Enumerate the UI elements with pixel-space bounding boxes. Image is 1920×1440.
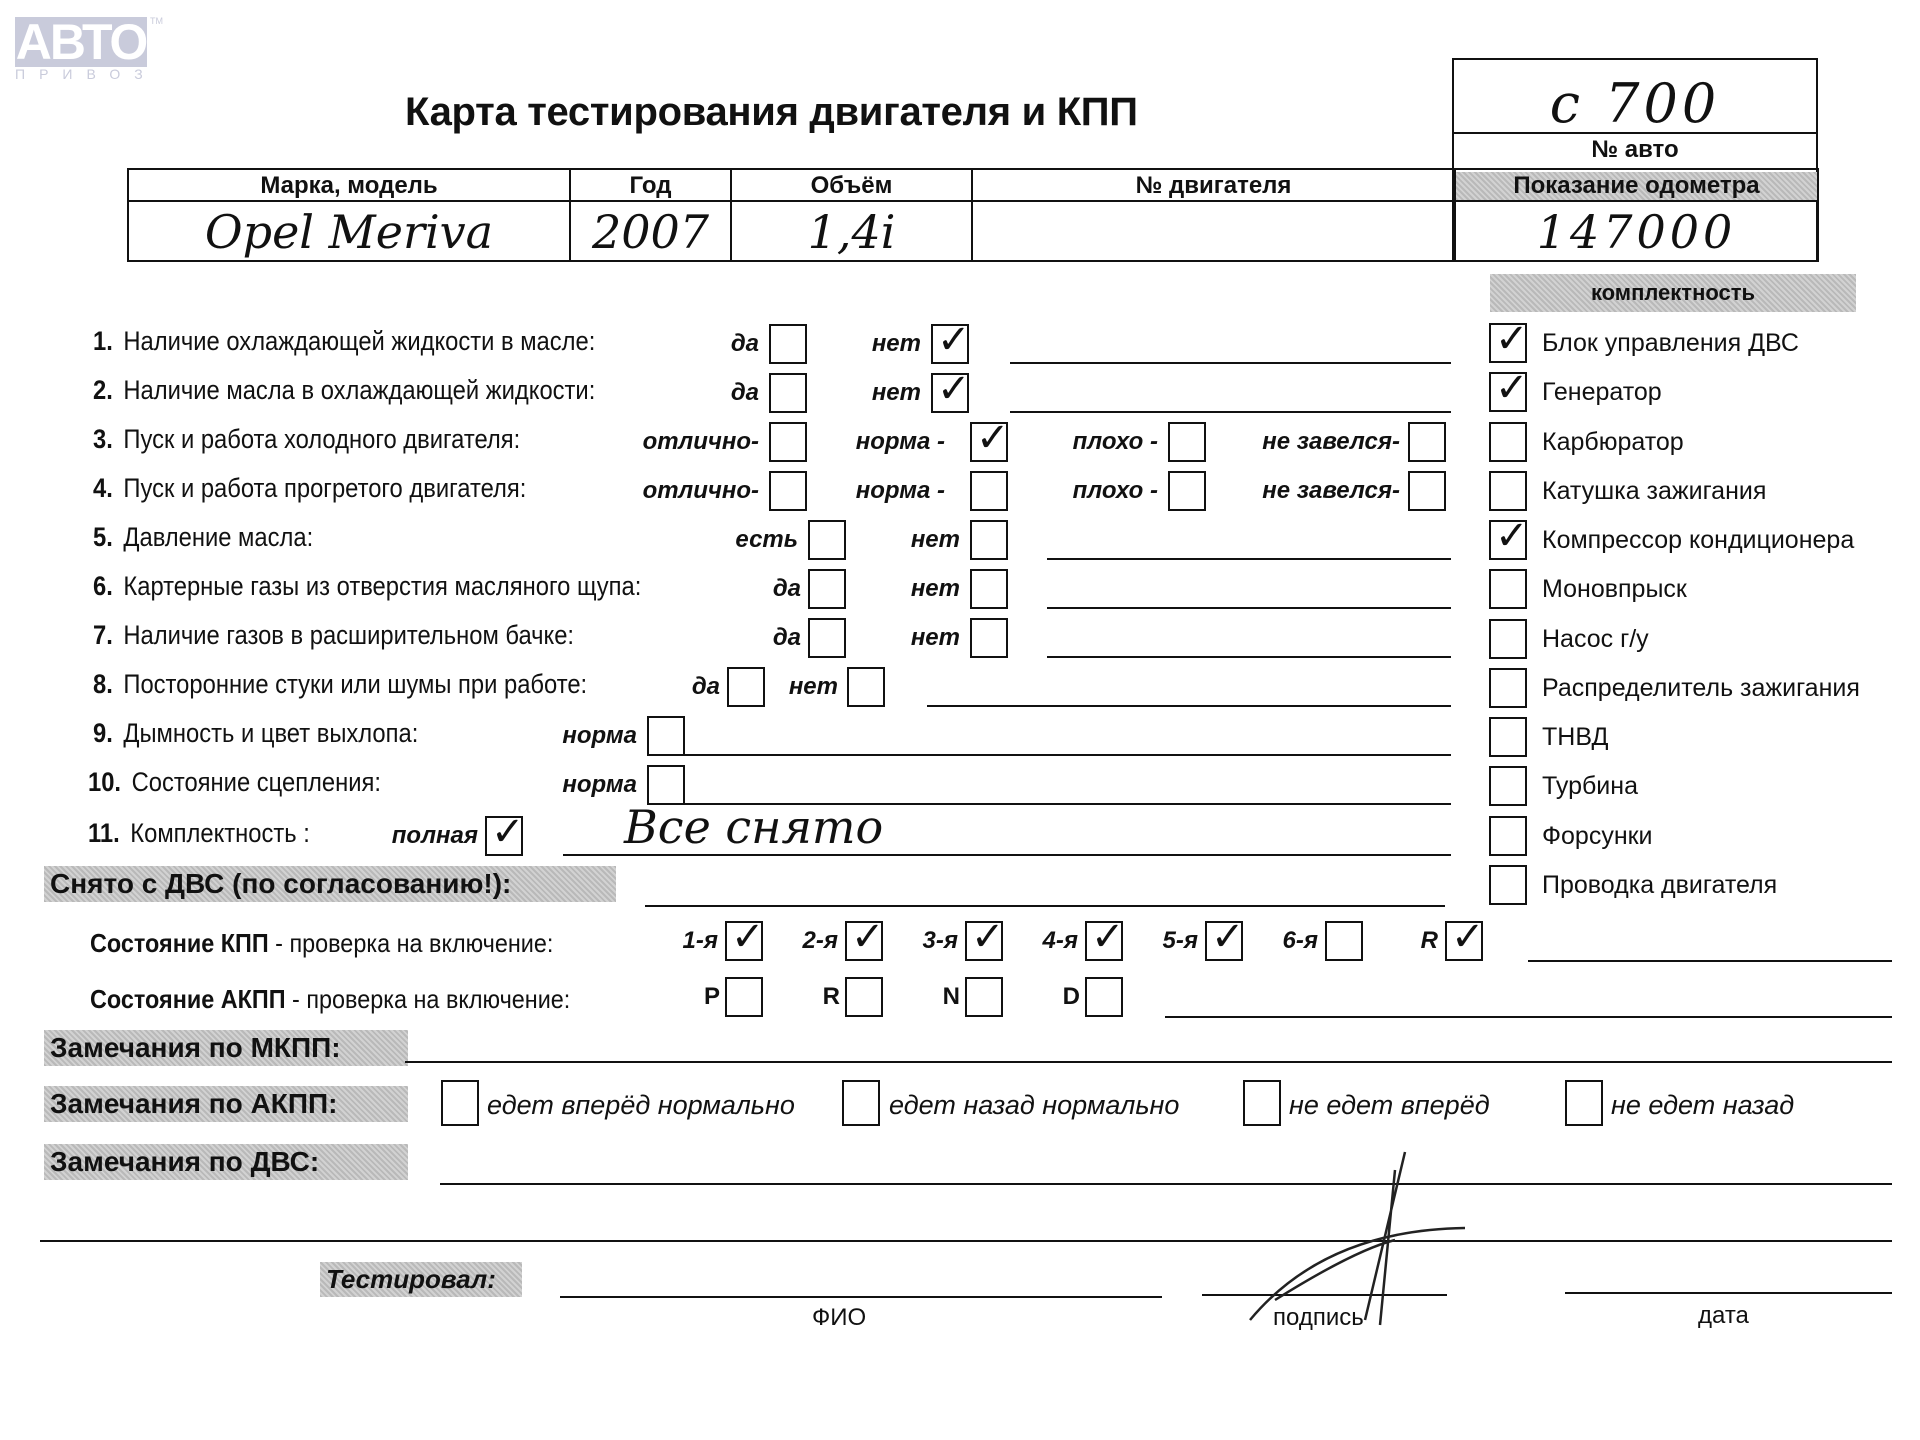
option-label: норма — [562, 771, 637, 799]
auto-position-checkbox[interactable] — [1085, 977, 1123, 1017]
option-checkbox[interactable] — [970, 520, 1008, 560]
kit-checkbox[interactable] — [1489, 865, 1527, 905]
question-text: 5.Давление масла: — [93, 522, 313, 553]
date-line[interactable] — [1565, 1292, 1892, 1294]
kit-checkbox[interactable] — [1489, 323, 1527, 363]
gear-label: 2-я — [803, 927, 838, 955]
question-text: 8.Посторонние стуки или шумы при работе: — [93, 669, 587, 700]
auto-position-label: N — [943, 983, 960, 1011]
col-odometer: Показание одометра — [1456, 172, 1817, 200]
question-notes-line[interactable] — [1010, 362, 1451, 364]
car-number-label: № авто — [1454, 136, 1816, 164]
option-checkbox[interactable] — [1408, 422, 1446, 462]
option-label: да — [692, 673, 720, 701]
col-volume: Объём — [732, 172, 971, 200]
option-checkbox[interactable] — [1408, 471, 1446, 511]
auto-remark-checkbox[interactable] — [1243, 1080, 1281, 1126]
option-checkbox[interactable] — [647, 716, 685, 756]
question-notes-line[interactable] — [1047, 558, 1451, 560]
option-label: нет — [911, 526, 960, 554]
question-notes-line[interactable] — [563, 854, 1451, 856]
make-model-value[interactable]: Opel Meriva — [129, 204, 569, 260]
option-checkbox[interactable] — [970, 471, 1008, 511]
kit-note-handwritten[interactable]: Все снято — [624, 800, 883, 854]
option-label: нет — [911, 575, 960, 603]
option-label: норма - — [856, 428, 945, 456]
option-label: плохо - — [1073, 477, 1158, 505]
option-checkbox[interactable] — [769, 373, 807, 413]
car-number-value[interactable]: с 700 — [1454, 72, 1816, 135]
question-notes-line[interactable] — [1010, 411, 1451, 413]
option-label: нет — [872, 379, 921, 407]
option-label: норма - — [856, 477, 945, 505]
kit-checkbox[interactable] — [1489, 619, 1527, 659]
kit-checkbox[interactable] — [1489, 717, 1527, 757]
removed-label: Снято с ДВС (по согласованию!): — [44, 866, 616, 902]
question-text: 4.Пуск и работа прогретого двигателя: — [93, 473, 526, 504]
kit-item-label: Моновпрыск — [1542, 575, 1687, 604]
odometer-value[interactable]: 147000 — [1456, 204, 1817, 260]
auto-gearbox-label: Состояние АКПП - проверка на включение: — [90, 984, 570, 1015]
page-title: Карта тестирования двигателя и КПП — [405, 90, 1138, 135]
engine-remarks-label: Замечания по ДВС: — [44, 1144, 408, 1180]
option-checkbox[interactable] — [808, 618, 846, 658]
question-text: 3.Пуск и работа холодного двигателя: — [93, 424, 520, 455]
option-label: отлично- — [643, 477, 759, 505]
option-label: не завелся- — [1262, 477, 1400, 505]
question-text: 7.Наличие газов в расширительном бачке: — [93, 620, 574, 651]
volume-value[interactable]: 1,4i — [732, 204, 971, 260]
auto-remark-checkbox[interactable] — [441, 1080, 479, 1126]
kit-checkbox[interactable] — [1489, 816, 1527, 856]
kit-checkbox[interactable] — [1489, 766, 1527, 806]
kit-item-label: Генератор — [1542, 378, 1662, 407]
manual-remarks-label: Замечания по МКПП: — [44, 1030, 408, 1066]
kit-item-label: Проводка двигателя — [1542, 871, 1777, 900]
signature-scribble — [1245, 1150, 1475, 1330]
kit-item-label: ТНВД — [1542, 723, 1608, 752]
option-label: отлично- — [643, 428, 759, 456]
option-label: плохо - — [1073, 428, 1158, 456]
auto-position-label: D — [1063, 983, 1080, 1011]
kit-checkbox[interactable] — [1489, 471, 1527, 511]
question-text: 10.Состояние сцепления: — [88, 767, 381, 798]
kit-item-label: Распределитель зажигания — [1542, 674, 1860, 703]
auto-remark-label: не едет назад — [1611, 1090, 1794, 1121]
gear-checkbox[interactable] — [965, 921, 1003, 961]
col-make-model: Марка, модель — [129, 172, 569, 200]
question-notes-line[interactable] — [647, 754, 1451, 756]
manual-gearbox-label: Состояние КПП - проверка на включение: — [90, 928, 553, 959]
tested-by-label: Тестировал: — [320, 1262, 522, 1297]
gear-checkbox[interactable] — [725, 921, 763, 961]
auto-remark-label: едет вперёд нормально — [487, 1090, 795, 1121]
auto-remark-label: едет назад нормально — [889, 1090, 1179, 1121]
question-notes-line[interactable] — [1047, 656, 1451, 658]
question-notes-line[interactable] — [927, 705, 1451, 707]
auto-gearbox-line[interactable] — [1165, 1016, 1892, 1018]
kit-header: комплектность — [1490, 274, 1856, 312]
logo-trademark: TM — [150, 16, 163, 26]
kit-item-label: Карбюратор — [1542, 428, 1684, 457]
gear-checkbox[interactable] — [1325, 921, 1363, 961]
question-text: 11.Комплектность : — [88, 818, 310, 849]
col-year: Год — [571, 172, 730, 200]
option-checkbox[interactable] — [931, 324, 969, 364]
auto-remarks-label: Замечания по АКПП: — [44, 1086, 408, 1122]
kit-item-label: Катушка зажигания — [1542, 477, 1766, 506]
engine-remarks-line-1[interactable] — [440, 1183, 1892, 1185]
year-value[interactable]: 2007 — [571, 204, 730, 260]
manual-remarks-line[interactable] — [405, 1061, 1892, 1063]
gear-label: 5-я — [1163, 927, 1198, 955]
option-checkbox[interactable] — [485, 816, 523, 856]
option-checkbox[interactable] — [970, 569, 1008, 609]
option-checkbox[interactable] — [847, 667, 885, 707]
date-label: дата — [1698, 1302, 1749, 1330]
kit-checkbox[interactable] — [1489, 372, 1527, 412]
auto-remark-label: не едет вперёд — [1289, 1090, 1490, 1121]
col-engine-number: № двигателя — [973, 172, 1454, 200]
kit-checkbox[interactable] — [1489, 520, 1527, 560]
option-checkbox[interactable] — [970, 422, 1008, 462]
option-label: есть — [735, 526, 798, 554]
option-label: нет — [872, 330, 921, 358]
removed-line[interactable] — [645, 905, 1445, 907]
auto-position-checkbox[interactable] — [725, 977, 763, 1017]
option-label: не завелся- — [1262, 428, 1400, 456]
gear-checkbox[interactable] — [1085, 921, 1123, 961]
option-checkbox[interactable] — [727, 667, 765, 707]
manual-gearbox-line[interactable] — [1528, 960, 1892, 962]
option-checkbox[interactable] — [769, 324, 807, 364]
logo-subtitle: ПРИВОЗ — [15, 66, 150, 82]
kit-item-label: Компрессор кондиционера — [1542, 526, 1854, 555]
gear-label: 3-я — [923, 927, 958, 955]
option-label: норма — [562, 722, 637, 750]
gear-checkbox[interactable] — [845, 921, 883, 961]
auto-position-checkbox[interactable] — [965, 977, 1003, 1017]
option-checkbox[interactable] — [808, 569, 846, 609]
auto-position-label: R — [823, 983, 840, 1011]
question-text: 6.Картерные газы из отверстия масляного … — [93, 571, 641, 602]
kit-item-label: Насос г/у — [1542, 625, 1649, 654]
kit-item-label: Форсунки — [1542, 822, 1653, 851]
gear-label: R — [1421, 927, 1438, 955]
question-text: 2.Наличие масла в охлаждающей жидкости: — [93, 375, 595, 406]
fio-label: ФИО — [812, 1304, 866, 1332]
question-notes-line[interactable] — [1047, 607, 1451, 609]
option-checkbox[interactable] — [970, 618, 1008, 658]
fio-line[interactable] — [560, 1296, 1162, 1298]
option-label: полная — [392, 822, 478, 850]
option-label: нет — [911, 624, 960, 652]
gear-label: 4-я — [1043, 927, 1078, 955]
auto-remark-checkbox[interactable] — [1565, 1080, 1603, 1126]
gear-checkbox[interactable] — [1445, 921, 1483, 961]
kit-item-label: Турбина — [1542, 772, 1638, 801]
option-label: да — [731, 330, 759, 358]
kit-checkbox[interactable] — [1489, 422, 1527, 462]
gear-label: 1-я — [683, 927, 718, 955]
option-checkbox[interactable] — [808, 520, 846, 560]
auto-position-label: P — [704, 983, 720, 1011]
vehicle-info-table: Марка, модель Год Объём № двигателя Пока… — [127, 168, 1819, 262]
kit-item-label: Блок управления ДВС — [1542, 329, 1799, 358]
engine-number-value[interactable] — [973, 204, 1454, 260]
question-text: 1.Наличие охлаждающей жидкости в масле: — [93, 326, 595, 357]
option-checkbox[interactable] — [1168, 471, 1206, 511]
option-label: да — [773, 575, 801, 603]
kit-checkbox[interactable] — [1489, 668, 1527, 708]
gear-checkbox[interactable] — [1205, 921, 1243, 961]
option-checkbox[interactable] — [769, 471, 807, 511]
option-label: да — [731, 379, 759, 407]
auto-position-checkbox[interactable] — [845, 977, 883, 1017]
option-checkbox[interactable] — [1168, 422, 1206, 462]
kit-checkbox[interactable] — [1489, 569, 1527, 609]
option-checkbox[interactable] — [647, 765, 685, 805]
option-checkbox[interactable] — [931, 373, 969, 413]
gear-label: 6-я — [1283, 927, 1318, 955]
logo: АВТО — [15, 17, 147, 67]
option-checkbox[interactable] — [769, 422, 807, 462]
auto-remark-checkbox[interactable] — [842, 1080, 880, 1126]
question-text: 9.Дымность и цвет выхлопа: — [93, 718, 418, 749]
option-label: да — [773, 624, 801, 652]
engine-remarks-line-2[interactable] — [40, 1240, 1892, 1242]
option-label: нет — [789, 673, 838, 701]
